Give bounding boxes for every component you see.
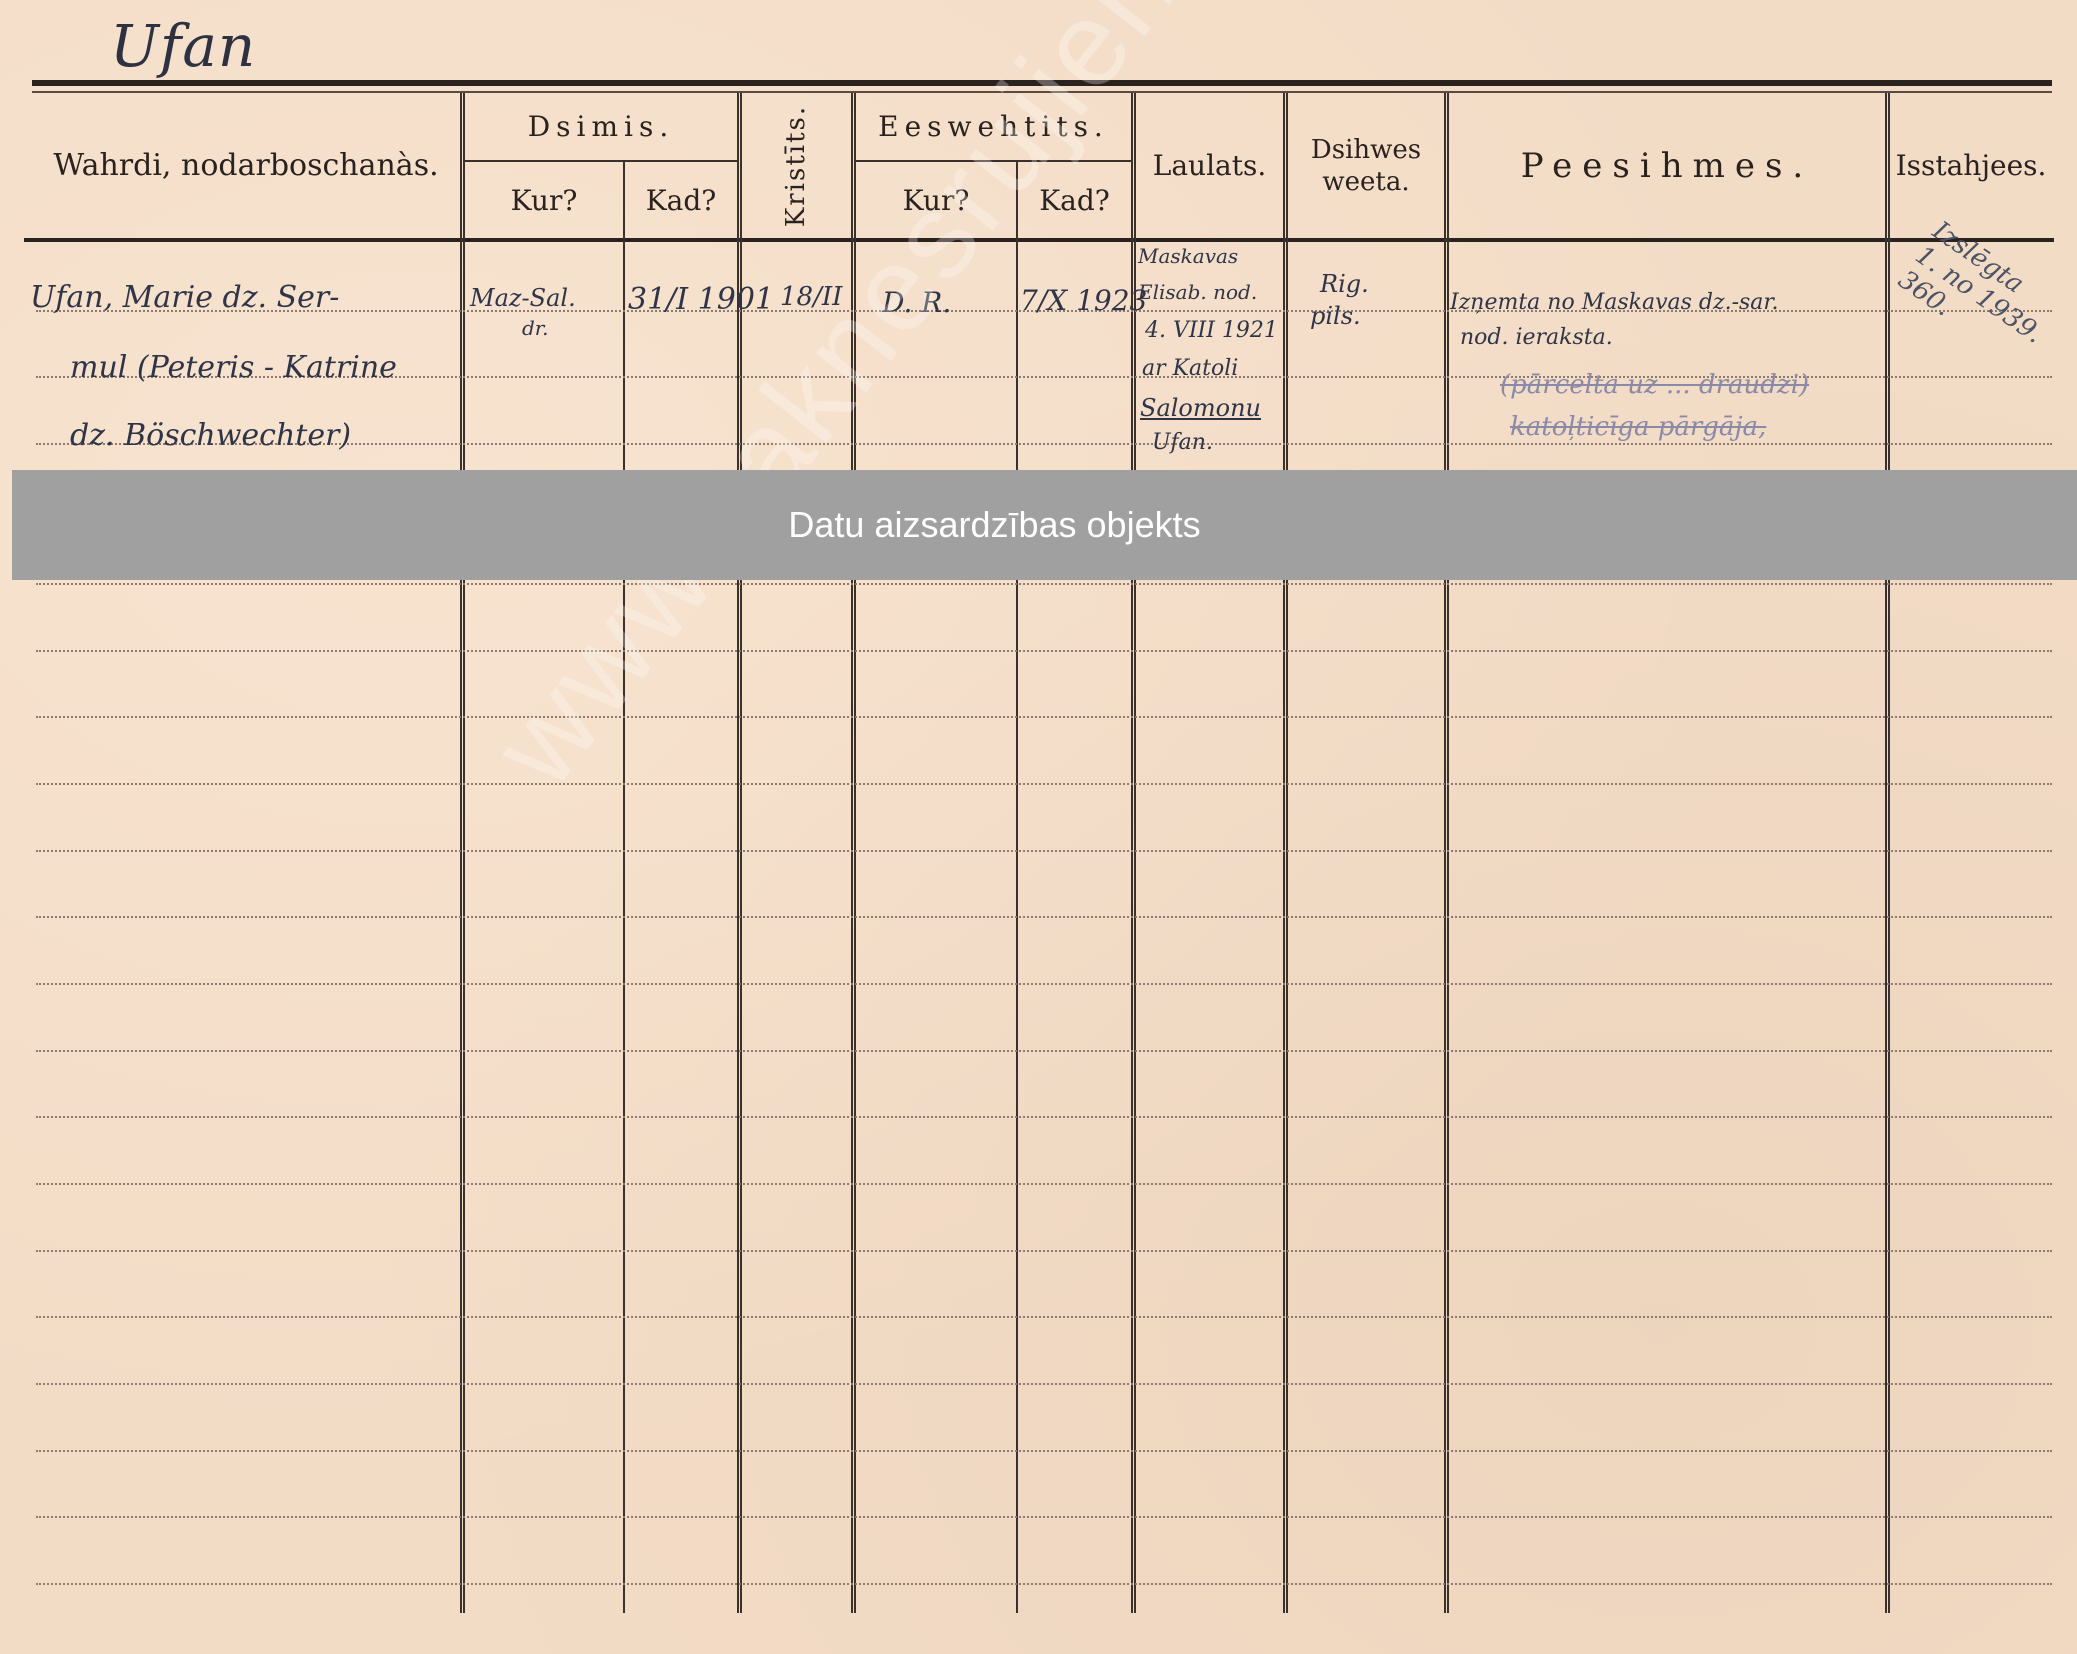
col-divider-names — [460, 93, 465, 1613]
entry-birth-when: 31/I 1901 — [628, 282, 774, 317]
entry-married-line6: Ufan. — [1152, 430, 1213, 455]
entry-married-line2: Elisab. nod. — [1138, 280, 1257, 304]
header-names: Wahrdi, nodarboschanàs. — [32, 93, 460, 238]
header-departed: Isstahjees. — [1890, 93, 2052, 238]
row-line — [36, 716, 2052, 718]
entry-residence-line1: Rig. — [1320, 270, 1369, 298]
col-divider-birth — [737, 93, 742, 1613]
header-baptized-cell: Kristīts. — [742, 93, 851, 238]
data-protection-banner: Datu aizsardzības objekts — [12, 470, 2077, 580]
header-married: Laulats. — [1136, 93, 1283, 238]
header-baptized: Kristīts. — [782, 104, 812, 226]
entry-married-line5: Salomonu — [1140, 394, 1261, 422]
entry-name-line3: dz. Böschwechter) — [70, 418, 351, 453]
entry-married-line3: 4. VIII 1921 — [1145, 318, 1278, 343]
col-divider-notes — [1885, 93, 1890, 1613]
header-birth-when: Kad? — [625, 162, 737, 238]
entry-notes-struck-line1: (pārcelta uz ... draudzi) — [1500, 370, 1809, 400]
entry-notes-struck-line2: katoļticīga pārgāja, — [1510, 412, 1766, 442]
row-line — [36, 1183, 2052, 1185]
header-bottom-rule — [24, 238, 2054, 242]
entry-residence-line2: pils. — [1310, 302, 1361, 330]
entry-birth-where-line1: Maz-Sal. — [470, 284, 576, 312]
entry-notes-line1: Izņemta no Maskavas dz.-sar. — [1450, 290, 1779, 315]
header-birth-where: Kur? — [465, 162, 623, 238]
row-line — [36, 1250, 2052, 1252]
row-line — [36, 850, 2052, 852]
row-line — [36, 1050, 2052, 1052]
entry-birth-where-line2: dr. — [522, 316, 549, 340]
col-divider-residence — [1444, 93, 1449, 1613]
header-birth: Dsimis. — [465, 93, 737, 160]
surname-heading: Ufan — [110, 12, 256, 80]
row-line — [36, 983, 2052, 985]
col-divider-confirmed — [1131, 93, 1136, 1613]
row-line — [36, 1450, 2052, 1452]
entry-married-line4: ar Katoli — [1142, 356, 1238, 381]
header-notes: Peesihmes. — [1449, 93, 1885, 238]
row-line — [36, 1116, 2052, 1118]
entry-name-line1: Ufan, Marie dz. Ser- — [30, 280, 339, 315]
row-line — [36, 1316, 2052, 1318]
data-protection-label: Datu aizsardzības objekts — [788, 504, 1200, 546]
entry-notes-line2: nod. ieraksta. — [1460, 325, 1613, 350]
row-line — [36, 650, 2052, 652]
header-residence: Dsihwes weeta. — [1288, 93, 1444, 238]
row-line — [36, 583, 2052, 585]
col-divider-married — [1283, 93, 1288, 1613]
entry-confirmed-when: 7/X 1923 — [1020, 284, 1147, 317]
row-line — [36, 916, 2052, 918]
entry-name-line2: mul (Peteris - Katrine — [70, 350, 397, 385]
row-line — [36, 1583, 2052, 1585]
entry-married-line1: Maskavas — [1138, 244, 1238, 268]
row-line — [36, 1383, 2052, 1385]
row-line — [36, 1516, 2052, 1518]
row-line — [36, 783, 2052, 785]
